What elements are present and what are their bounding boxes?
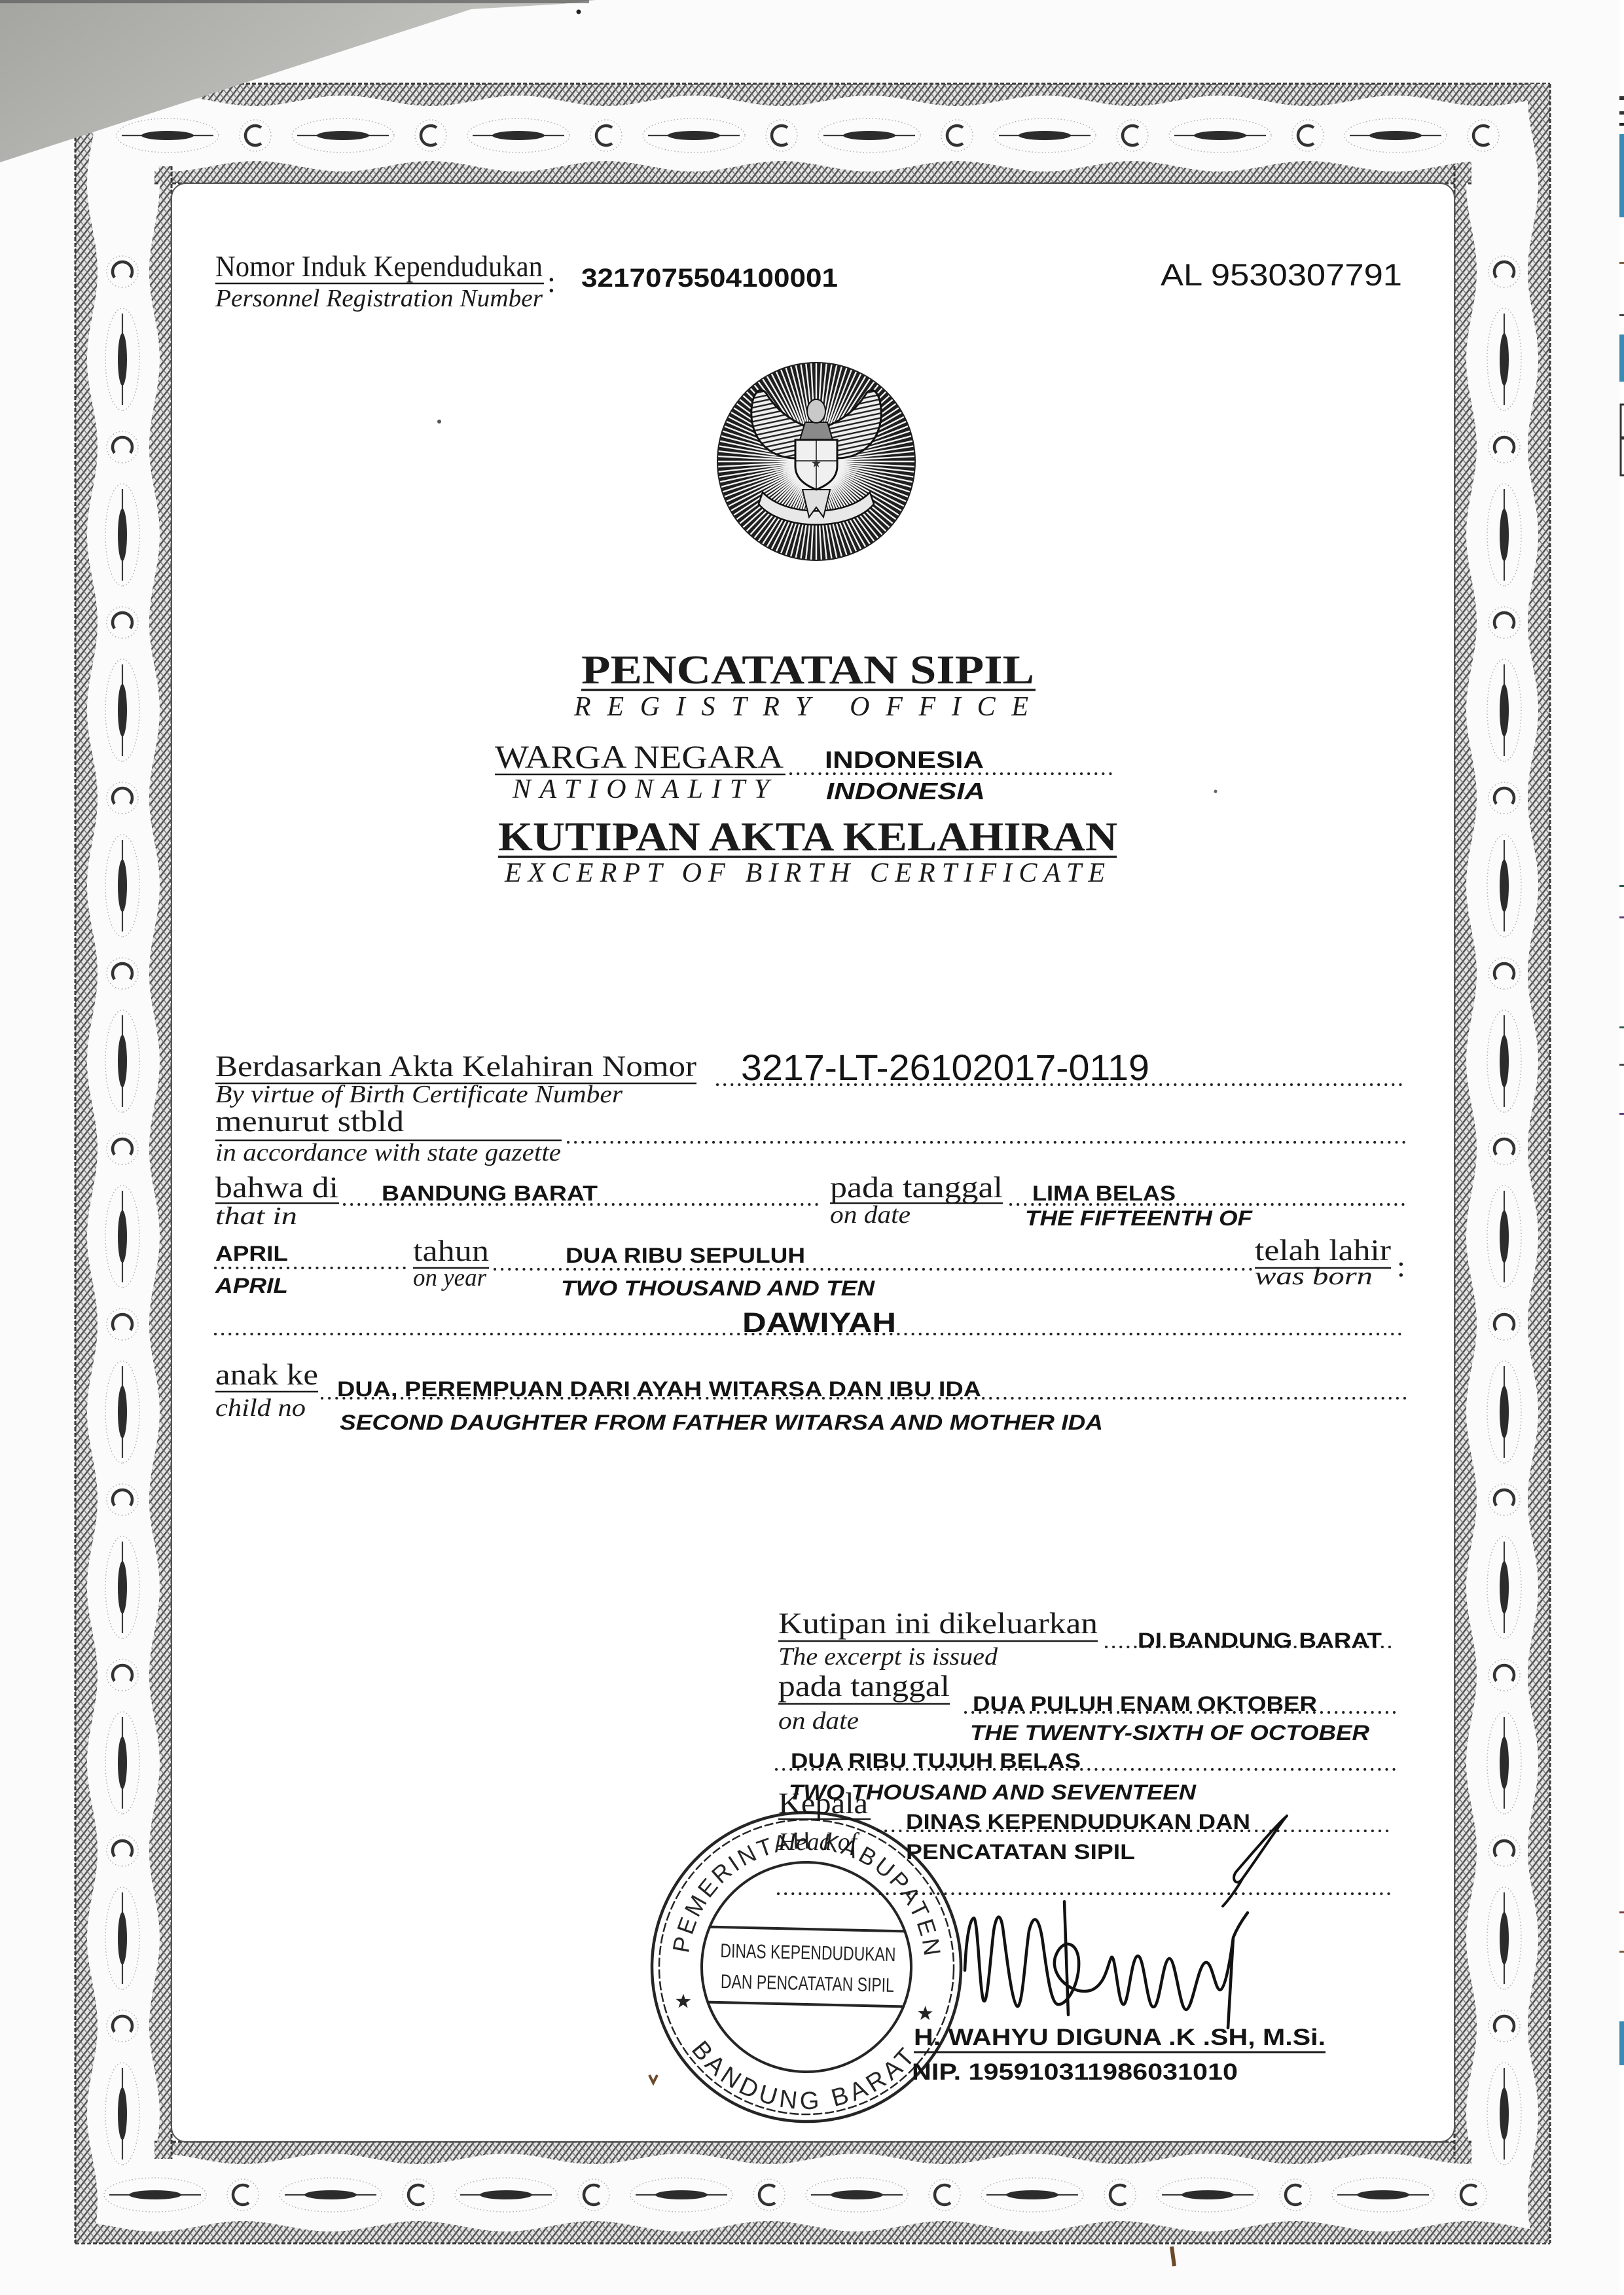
- state-gazette-label: menurut stbld: [215, 1104, 404, 1138]
- issue-date-value: DUA PULUH ENAM OKTOBER: [973, 1692, 1317, 1716]
- was-born-label: telah lahir: [1255, 1233, 1391, 1267]
- nationality-value-english: INDONESIA: [826, 778, 985, 804]
- birth-month-value: APRIL: [215, 1242, 288, 1265]
- issue-date-label: pada tanggal: [778, 1669, 950, 1703]
- stamp-center-line-2: DAN PENCATATAN SIPIL: [721, 1971, 895, 1997]
- nationality-label-english: NATIONALITY: [512, 774, 772, 804]
- serial-number: AL 9530307791: [1161, 257, 1402, 292]
- birth-year-label: tahun: [413, 1234, 489, 1267]
- birth-day-value-english: THE FIFTEENTH OF: [1025, 1206, 1254, 1230]
- issue-date-value-english: THE TWENTY-SIXTH OF OCTOBER: [970, 1721, 1369, 1744]
- stamp-center-line-1: DINAS KEPENDUDUKAN: [720, 1940, 896, 1966]
- document-title: KUTIPAN AKTA KELAHIRAN: [498, 815, 1117, 859]
- birth-month-value-english: APRIL: [215, 1274, 288, 1297]
- nik-separator: :: [547, 265, 556, 298]
- child-order-value: DUA, PEREMPUAN DARI AYAH WITARSA DAN IBU…: [337, 1377, 981, 1401]
- adjacent-document-edge: [1619, 0, 1624, 2295]
- nationality-label: WARGA NEGARA: [495, 738, 784, 775]
- emblem-head: [807, 399, 825, 423]
- issue-year-value: DUA RIBU TUJUH BELAS: [791, 1749, 1081, 1773]
- scanner-edge-shadow: [0, 0, 589, 3]
- child-order-label: anak ke: [215, 1358, 318, 1391]
- birth-place-value: BANDUNG BARAT: [382, 1182, 598, 1205]
- issued-place-value: DI BANDUNG BARAT: [1138, 1629, 1382, 1652]
- garuda-emblem-icon: [717, 362, 916, 561]
- birth-year-value: DUA RIBU SEPULUH: [566, 1244, 805, 1267]
- birth-year-value-english: TWO THOUSAND AND TEN: [561, 1276, 875, 1300]
- child-order-label-english: child no: [215, 1394, 306, 1422]
- birth-date-label-english: on date: [830, 1201, 911, 1229]
- child-name: DAWIYAH: [742, 1307, 896, 1339]
- guilloche-band-overlay: [149, 166, 171, 2159]
- birth-certificate-scan: Nomor Induk Kependudukan Personnel Regis…: [0, 0, 1624, 2295]
- issuing-office-line-1: DINAS KEPENDUDUKAN DAN: [906, 1810, 1250, 1834]
- certificate-number-label: Berdasarkan Akta Kelahiran Nomor: [215, 1049, 696, 1083]
- signatory-name: H. WAHYU DIGUNA .K .SH, M.Si.: [914, 2025, 1326, 2050]
- issue-date-label-english: on date: [778, 1707, 859, 1735]
- signatory-nip: NIP. 195910311986031010: [912, 2059, 1238, 2085]
- guilloche-band-overlay: [1454, 166, 1477, 2159]
- birth-day-value: LIMA BELAS: [1032, 1182, 1176, 1205]
- office-title-english: REGISTRY OFFICE: [573, 692, 1028, 722]
- birth-date-label: pada tanggal: [830, 1170, 1003, 1204]
- birth-year-label-english: on year: [413, 1264, 486, 1292]
- birth-place-label-english: that in: [215, 1202, 297, 1230]
- nik-value: 3217075504100001: [581, 264, 838, 293]
- birth-place-label: bahwa di: [215, 1170, 338, 1204]
- issued-label-english: The excerpt is issued: [778, 1643, 998, 1671]
- child-order-value-english: SECOND DAUGHTER FROM FATHER WITARSA AND …: [340, 1411, 1103, 1434]
- was-born-separator: :: [1397, 1250, 1405, 1283]
- nationality-value: INDONESIA: [825, 746, 984, 773]
- issuing-office-line-2: PENCATATAN SIPIL: [906, 1840, 1135, 1864]
- nik-label: Nomor Induk Kependudukan: [215, 249, 543, 283]
- nik-label-english: Personnel Registration Number: [215, 285, 543, 312]
- was-born-label-english: was born: [1255, 1263, 1373, 1290]
- office-title: PENCATATAN SIPIL: [581, 648, 1034, 693]
- issued-label: Kutipan ini dikeluarkan: [778, 1606, 1098, 1640]
- certificate-number-value: 3217-LT-26102017-0119: [741, 1047, 1149, 1088]
- state-gazette-label-english: in accordance with state gazette: [215, 1139, 561, 1166]
